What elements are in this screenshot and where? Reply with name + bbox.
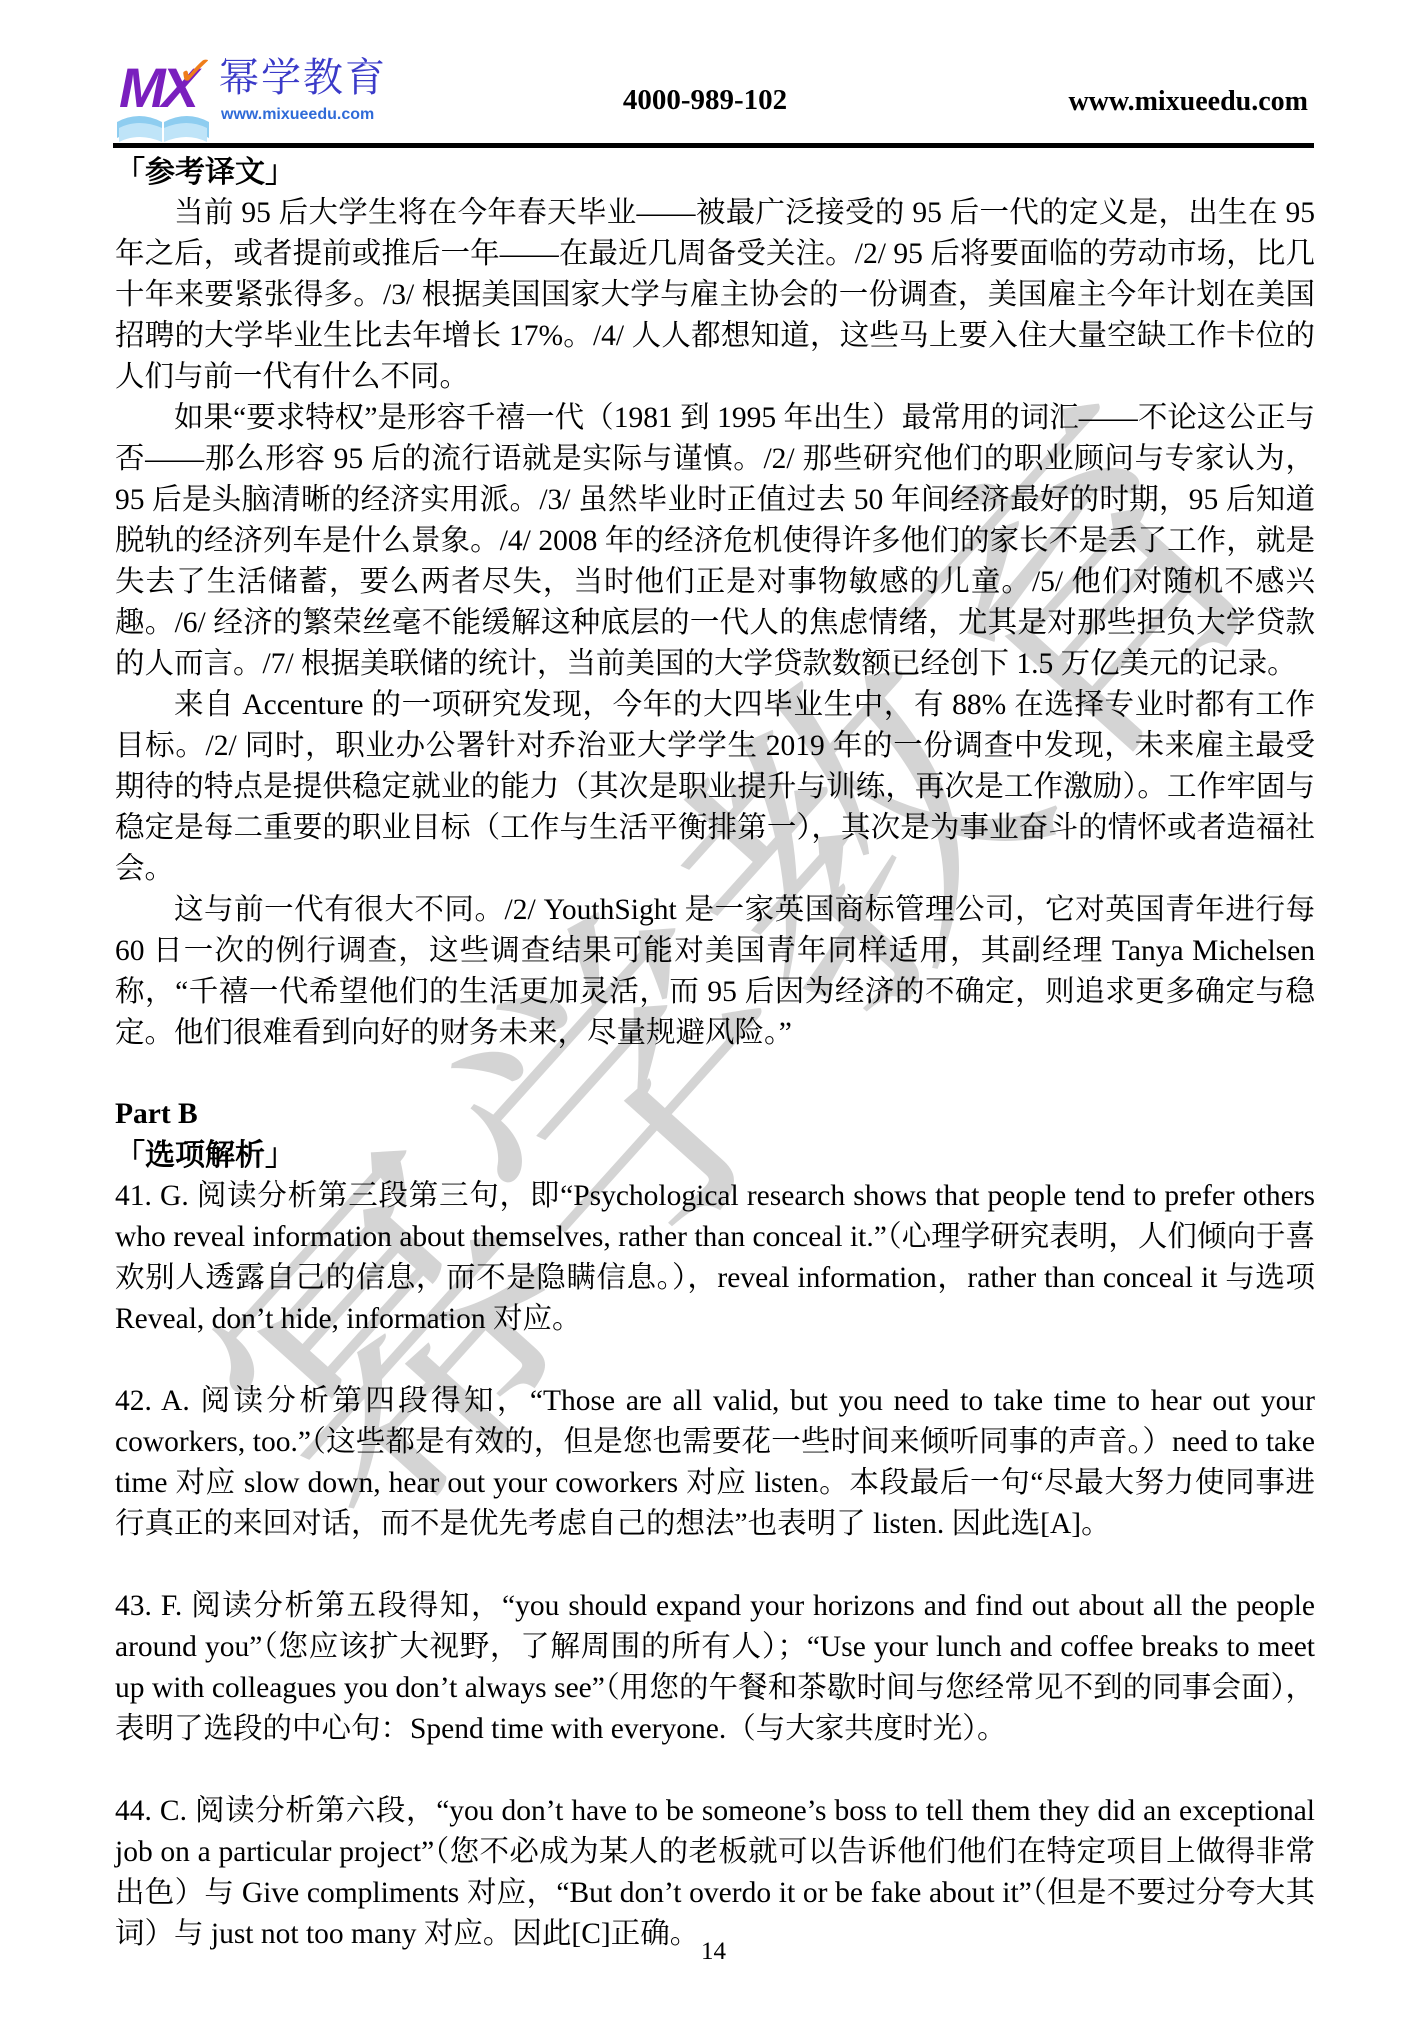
header-phone-number: 4000-989-102 bbox=[495, 84, 915, 117]
document-page: 幂学教育 MX ✓ 幂学教育 www.mixueedu.com 4000-989… bbox=[0, 0, 1427, 2024]
part-b-heading: Part B bbox=[115, 1094, 1315, 1135]
open-book-icon bbox=[115, 112, 211, 146]
header-website-url: www.mixueedu.com bbox=[1068, 86, 1308, 118]
reference-translation-title: 「参考译文」 bbox=[115, 152, 1315, 193]
document-body: 「参考译文」 当前 95 后大学生将在今年春天毕业——被最广泛接受的 95 后一… bbox=[115, 152, 1315, 1955]
answer-item-41: 41. G. 阅读分析第三段第三句，即“Psychological resear… bbox=[115, 1176, 1315, 1340]
answer-item-44: 44. C. 阅读分析第六段，“you don’t have to be som… bbox=[115, 1791, 1315, 1955]
header-divider bbox=[113, 143, 1314, 148]
translation-paragraph: 来自 Accenture 的一项研究发现，今年的大四毕业生中，有 88% 在选择… bbox=[115, 685, 1315, 890]
answer-item-42: 42. A. 阅读分析第四段得知，“Those are all valid, b… bbox=[115, 1381, 1315, 1545]
answer-analysis-list: 41. G. 阅读分析第三段第三句，即“Psychological resear… bbox=[115, 1176, 1315, 1955]
page-header: MX ✓ 幂学教育 www.mixueedu.com 4000-989-102 … bbox=[115, 48, 1312, 148]
mixue-logo: MX ✓ 幂学教育 www.mixueedu.com bbox=[115, 54, 405, 146]
page-number: 14 bbox=[0, 1938, 1427, 1966]
translation-paragraph: 当前 95 后大学生将在今年春天毕业——被最广泛接受的 95 后一代的定义是，出… bbox=[115, 193, 1315, 398]
translation-paragraph: 这与前一代有很大不同。/2/ YouthSight 是一家英国商标管理公司，它对… bbox=[115, 890, 1315, 1054]
logo-site-url: www.mixueedu.com bbox=[221, 106, 374, 124]
logo-brand-name: 幂学教育 bbox=[219, 58, 387, 98]
logo-check-icon: ✓ bbox=[174, 44, 218, 100]
answer-item-43: 43. F. 阅读分析第五段得知，“you should expand your… bbox=[115, 1586, 1315, 1750]
option-analysis-title: 「选项解析」 bbox=[115, 1135, 1315, 1176]
translation-paragraph: 如果“要求特权”是形容千禧一代（1981 到 1995 年出生）最常用的词汇——… bbox=[115, 398, 1315, 685]
